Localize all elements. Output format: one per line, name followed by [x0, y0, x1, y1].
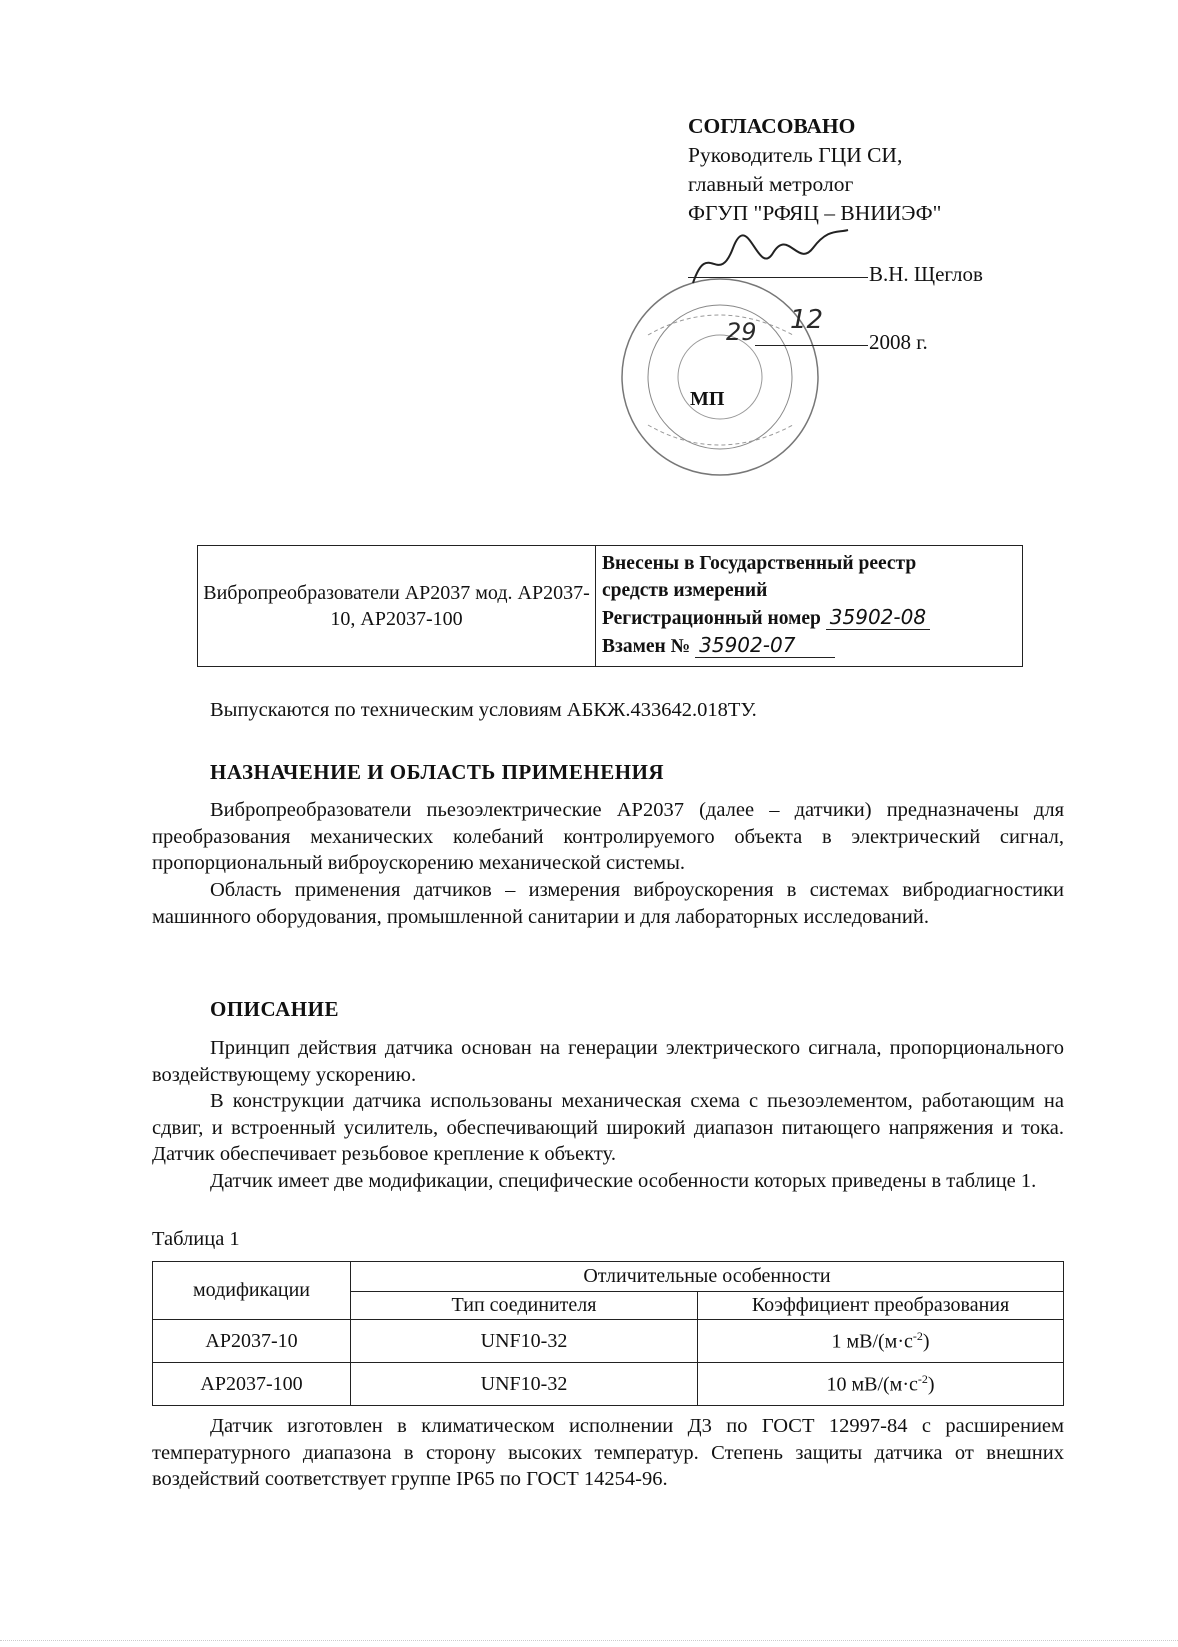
replaces-value: 35902-07 [695, 633, 835, 658]
signature-icon [688, 228, 858, 288]
registration-number-label: Регистрационный номер [602, 608, 821, 629]
cell-coefficient: 1 мВ/(м·с-2) [698, 1320, 1064, 1363]
signatory-name: В.Н. Щеглов [869, 262, 983, 287]
registry-box: Вибропреобразователи АР2037 мод. АР2037-… [197, 545, 1023, 667]
table-row: АР2037-100 UNF10-32 10 мВ/(м·с-2) [153, 1363, 1064, 1406]
header-modification: модификации [153, 1262, 351, 1320]
approval-line-1: Руководитель ГЦИ СИ, [688, 141, 941, 170]
registry-info: Внесены в Государственный реестр средств… [596, 546, 1022, 666]
registry-entered-1: Внесены в Государственный реестр [602, 550, 1016, 577]
approval-block: СОГЛАСОВАНО Руководитель ГЦИ СИ, главный… [688, 112, 941, 228]
registry-entered-2: средств измерений [602, 577, 1016, 604]
product-name: Вибропреобразователи АР2037 мод. АР2037-… [198, 546, 596, 666]
date-month: 12 [790, 305, 823, 335]
replaces-label: Взамен № [602, 636, 690, 657]
date-day: 29 [726, 318, 757, 346]
section-heading-description: ОПИСАНИЕ [210, 997, 339, 1022]
approval-title: СОГЛАСОВАНО [688, 112, 941, 141]
cell-coefficient: 10 мВ/(м·с-2) [698, 1363, 1064, 1406]
table-row: АР2037-10 UNF10-32 1 мВ/(м·с-2) [153, 1320, 1064, 1363]
cell-modification: АР2037-100 [153, 1363, 351, 1406]
approval-line-3: ФГУП "РФЯЦ – ВНИИЭФ" [688, 199, 941, 228]
paragraph: Область применения датчиков – измерения … [152, 877, 1064, 930]
signature-line [688, 277, 868, 278]
header-connector: Тип соединителя [351, 1292, 698, 1320]
cell-modification: АР2037-10 [153, 1320, 351, 1363]
paragraph: Датчик изготовлен в климатическом исполн… [152, 1413, 1064, 1493]
registration-number-row: Регистрационный номер 35902-08 [602, 604, 1016, 632]
approval-line-2: главный метролог [688, 170, 941, 199]
paragraph: Принцип действия датчика основан на гене… [152, 1035, 1064, 1088]
paragraph: Датчик имеет две модификации, специфичес… [152, 1168, 1064, 1195]
cell-connector: UNF10-32 [351, 1363, 698, 1406]
stamp-label: МП [690, 388, 724, 411]
date-line [755, 345, 868, 346]
replaces-row: Взамен № 35902-07 [602, 632, 1016, 660]
section-heading-purpose: НАЗНАЧЕНИЕ И ОБЛАСТЬ ПРИМЕНЕНИЯ [210, 760, 664, 785]
date-year: 2008 г. [869, 330, 928, 355]
tech-conditions: Выпускаются по техническим условиям АБКЖ… [210, 697, 1060, 724]
scan-edge [0, 1640, 1178, 1641]
header-features: Отличительные особенности [351, 1262, 1064, 1292]
paragraph: Вибропреобразователи пьезоэлектрические … [152, 797, 1064, 877]
registration-number-value: 35902-08 [826, 605, 930, 630]
paragraph: В конструкции датчика использованы механ… [152, 1088, 1064, 1168]
table-caption: Таблица 1 [152, 1228, 240, 1251]
modifications-table: модификации Отличительные особенности Ти… [152, 1261, 1064, 1406]
header-coefficient: Коэффициент преобразования [698, 1292, 1064, 1320]
cell-connector: UNF10-32 [351, 1320, 698, 1363]
